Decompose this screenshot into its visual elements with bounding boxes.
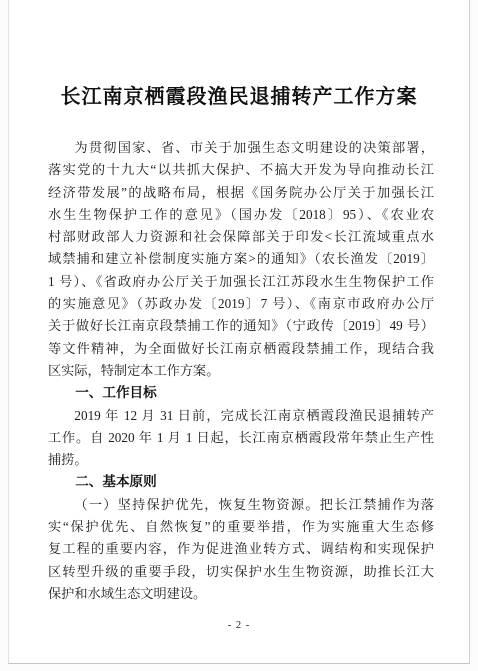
text-line: （一）坚持保护优先，恢复生物资源。把长江禁捕作为落 xyxy=(48,494,434,516)
page-number: - 2 - xyxy=(9,620,469,631)
text-line: 保护和水域生态文明建设。 xyxy=(48,583,434,605)
document-page: 长江南京栖霞段渔民退捕转产工作方案 为贯彻国家、省、市关于加强生态文明建设的决策… xyxy=(8,0,470,664)
document-title: 长江南京栖霞段渔民退捕转产工作方案 xyxy=(9,84,469,110)
section-heading-goals: 一、工作目标 xyxy=(48,382,434,404)
text-line: 2019 年 12 月 31 日前，完成长江南京栖霞段渔民退捕转产 xyxy=(48,405,434,427)
text-line: 工作。自 2020 年 1 月 1 日起，长江南京栖霞段常年禁止生产性 xyxy=(48,427,434,449)
text-line: 落实党的十九大“以共抓大保护、不搞大开发为导向推动长江 xyxy=(48,159,434,181)
text-line: 区实际，特制定本工作方案。 xyxy=(48,360,434,382)
text-line: 水生生物保护工作的意见》（国办发〔2018〕95）、《农业农 xyxy=(48,204,434,226)
text-line: 区转型升级的重要手段，切实保护水生生物资源，助推长江大 xyxy=(48,561,434,583)
text-line: 经济带发展”的战略布局，根据《国务院办公厅关于加强长江 xyxy=(48,182,434,204)
text-line: 1 号）、《省政府办公厅关于加强长江江苏段水生生物保护工作 xyxy=(48,271,434,293)
section-heading-principles: 二、基本原则 xyxy=(48,471,434,493)
text-line: 捕捞。 xyxy=(48,449,434,471)
text-line: 域禁捕和建立补偿制度实施方案>的通知》（农长渔发〔2019〕 xyxy=(48,248,434,270)
text-line: 村部财政部人力资源和社会保障部关于印发<长江流域重点水 xyxy=(48,226,434,248)
text-line: 的实施意见》（苏政办发〔2019〕7 号）、《南京市政府办公厅 xyxy=(48,293,434,315)
document-body: 为贯彻国家、省、市关于加强生态文明建设的决策部署， 落实党的十九大“以共抓大保护… xyxy=(48,137,434,605)
text-line: 复工程的重要内容，作为促进渔业转方式、调结构和实现保护 xyxy=(48,538,434,560)
text-line: 实“保护优先、自然恢复”的重要举措，作为实施重大生态修 xyxy=(48,516,434,538)
text-line: 为贯彻国家、省、市关于加强生态文明建设的决策部署， xyxy=(48,137,434,159)
text-line: 关于做好长江南京段禁捕工作的通知》（宁政传〔2019〕49 号） xyxy=(48,315,434,337)
text-line: 等文件精神，为全面做好长江南京栖霞段禁捕工作，现结合我 xyxy=(48,338,434,360)
